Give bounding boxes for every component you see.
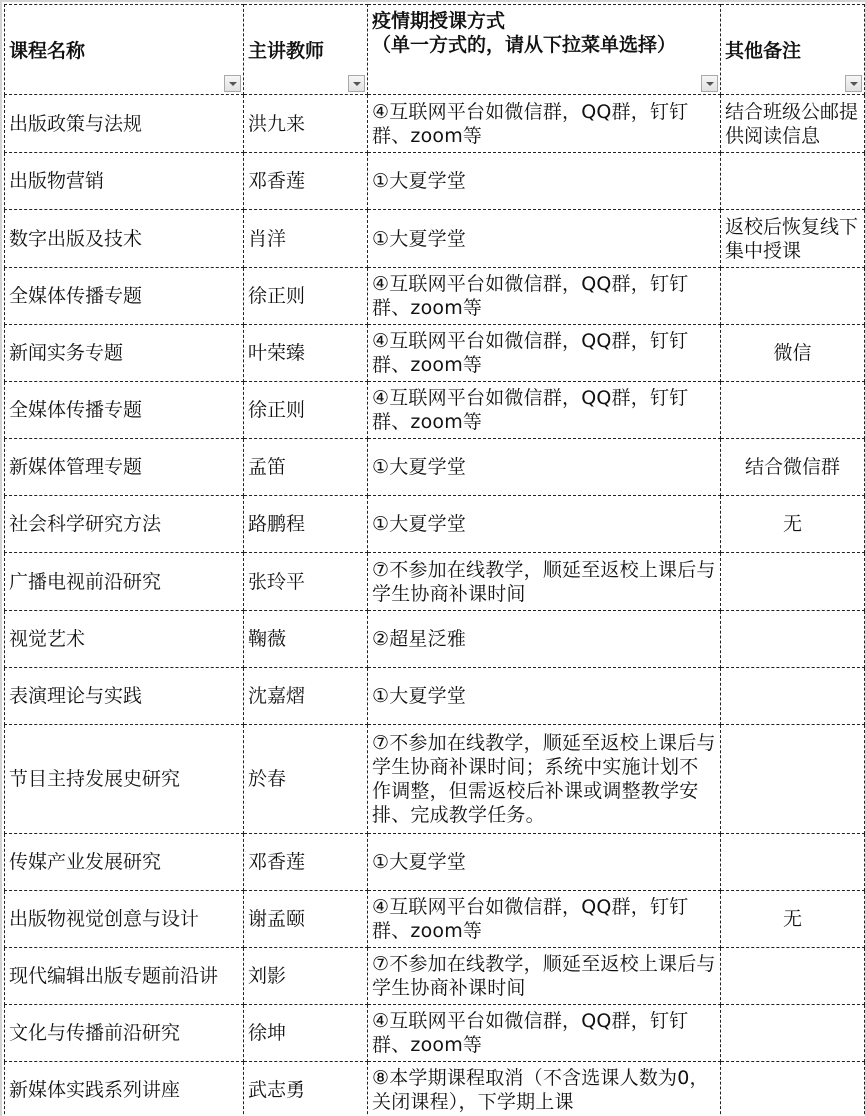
cell-teaching-method[interactable]: ④互联网平台如微信群，QQ群，钉钉群、zoom等: [368, 1005, 721, 1062]
cell-course-name[interactable]: 视觉艺术: [5, 611, 244, 668]
cell-other-notes[interactable]: [721, 1062, 865, 1116]
cell-other-notes[interactable]: 微信: [721, 325, 865, 382]
cell-course-name[interactable]: 社会科学研究方法: [5, 496, 244, 553]
cell-teacher[interactable]: 徐正则: [244, 382, 368, 439]
cell-teaching-method[interactable]: ④互联网平台如微信群，QQ群，钉钉群、zoom等: [368, 382, 721, 439]
cell-other-notes[interactable]: [721, 948, 865, 1005]
cell-teacher[interactable]: 刘影: [244, 948, 368, 1005]
filter-dropdown-icon[interactable]: [224, 75, 241, 92]
header-label: 主讲教师: [248, 39, 363, 63]
table-row: 现代编辑出版专题前沿讲 刘影 ⑦不参加在线教学，顺延至返校上课后与学生协商补课时…: [5, 948, 865, 1005]
cell-other-notes[interactable]: 无: [721, 891, 865, 948]
header-other-notes[interactable]: 其他备注: [721, 5, 865, 95]
table-row: 全媒体传播专题 徐正则 ④互联网平台如微信群，QQ群，钉钉群、zoom等: [5, 382, 865, 439]
cell-teacher[interactable]: 叶荣臻: [244, 325, 368, 382]
table-row: 传媒产业发展研究 邓香莲 ①大夏学堂: [5, 834, 865, 891]
cell-teaching-method[interactable]: ①大夏学堂: [368, 496, 721, 553]
cell-course-name[interactable]: 传媒产业发展研究: [5, 834, 244, 891]
cell-teacher[interactable]: 鞠薇: [244, 611, 368, 668]
cell-course-name[interactable]: 新媒体管理专题: [5, 439, 244, 496]
cell-teacher[interactable]: 张玲平: [244, 553, 368, 611]
cell-teaching-method[interactable]: ④互联网平台如微信群，QQ群，钉钉群、zoom等: [368, 95, 721, 153]
cell-teacher[interactable]: 邓香莲: [244, 834, 368, 891]
table-row: 文化与传播前沿研究 徐坤 ④互联网平台如微信群，QQ群，钉钉群、zoom等: [5, 1005, 865, 1062]
header-row: 课程名称 主讲教师 疫情期授课方式 （单一方式的，请从下拉菜单选择） 其他备注: [5, 5, 865, 95]
cell-other-notes[interactable]: [721, 725, 865, 834]
table-row: 出版物营销 邓香莲 ①大夏学堂: [5, 153, 865, 210]
cell-course-name[interactable]: 全媒体传播专题: [5, 268, 244, 325]
table-row: 视觉艺术 鞠薇 ②超星泛雅: [5, 611, 865, 668]
cell-other-notes[interactable]: [721, 268, 865, 325]
cell-teaching-method[interactable]: ④互联网平台如微信群，QQ群，钉钉群、zoom等: [368, 268, 721, 325]
cell-teacher[interactable]: 肖洋: [244, 210, 368, 268]
cell-course-name[interactable]: 新媒体实践系列讲座: [5, 1062, 244, 1116]
table-row: 广播电视前沿研究 张玲平 ⑦不参加在线教学，顺延至返校上课后与学生协商补课时间: [5, 553, 865, 611]
cell-other-notes[interactable]: [721, 1005, 865, 1062]
cell-teacher[interactable]: 邓香莲: [244, 153, 368, 210]
table-row: 数字出版及技术 肖洋 ①大夏学堂 返校后恢复线下集中授课: [5, 210, 865, 268]
cell-other-notes[interactable]: [721, 382, 865, 439]
cell-other-notes[interactable]: [721, 553, 865, 611]
cell-course-name[interactable]: 新闻实务专题: [5, 325, 244, 382]
cell-other-notes[interactable]: [721, 668, 865, 725]
cell-other-notes[interactable]: [721, 611, 865, 668]
cell-teaching-method[interactable]: ⑦不参加在线教学，顺延至返校上课后与学生协商补课时间: [368, 948, 721, 1005]
cell-teacher[interactable]: 沈嘉熠: [244, 668, 368, 725]
filter-dropdown-icon[interactable]: [845, 75, 862, 92]
filter-dropdown-icon[interactable]: [701, 75, 718, 92]
cell-teaching-method[interactable]: ①大夏学堂: [368, 210, 721, 268]
cell-teaching-method[interactable]: ④互联网平台如微信群，QQ群，钉钉群、zoom等: [368, 325, 721, 382]
course-table: 课程名称 主讲教师 疫情期授课方式 （单一方式的，请从下拉菜单选择） 其他备注 …: [4, 4, 865, 1116]
table-row: 新媒体管理专题 孟笛 ①大夏学堂 结合微信群: [5, 439, 865, 496]
table-row: 表演理论与实践 沈嘉熠 ①大夏学堂: [5, 668, 865, 725]
cell-teacher[interactable]: 徐正则: [244, 268, 368, 325]
table-row: 新媒体实践系列讲座 武志勇 ⑧本学期课程取消（不含选课人数为0，关闭课程），下学…: [5, 1062, 865, 1116]
cell-course-name[interactable]: 出版物视觉创意与设计: [5, 891, 244, 948]
cell-course-name[interactable]: 数字出版及技术: [5, 210, 244, 268]
cell-course-name[interactable]: 出版政策与法规: [5, 95, 244, 153]
header-label: 课程名称: [9, 39, 239, 63]
cell-course-name[interactable]: 全媒体传播专题: [5, 382, 244, 439]
cell-other-notes[interactable]: [721, 153, 865, 210]
table-body: 出版政策与法规 洪九来 ④互联网平台如微信群，QQ群，钉钉群、zoom等 结合班…: [5, 95, 865, 1116]
cell-teacher[interactable]: 徐坤: [244, 1005, 368, 1062]
header-course-name[interactable]: 课程名称: [5, 5, 244, 95]
cell-course-name[interactable]: 表演理论与实践: [5, 668, 244, 725]
cell-course-name[interactable]: 广播电视前沿研究: [5, 553, 244, 611]
cell-teaching-method[interactable]: ①大夏学堂: [368, 834, 721, 891]
table-row: 社会科学研究方法 路鹏程 ①大夏学堂 无: [5, 496, 865, 553]
cell-other-notes[interactable]: 结合班级公邮提供阅读信息: [721, 95, 865, 153]
cell-teaching-method[interactable]: ①大夏学堂: [368, 153, 721, 210]
cell-other-notes[interactable]: [721, 834, 865, 891]
header-label: 其他备注: [725, 39, 860, 63]
table-row: 出版政策与法规 洪九来 ④互联网平台如微信群，QQ群，钉钉群、zoom等 结合班…: [5, 95, 865, 153]
cell-other-notes[interactable]: 结合微信群: [721, 439, 865, 496]
cell-course-name[interactable]: 出版物营销: [5, 153, 244, 210]
spreadsheet: 课程名称 主讲教师 疫情期授课方式 （单一方式的，请从下拉菜单选择） 其他备注 …: [0, 0, 865, 1116]
cell-teaching-method[interactable]: ⑦不参加在线教学，顺延至返校上课后与学生协商补课时间；系统中实施计划不作调整，但…: [368, 725, 721, 834]
table-row: 新闻实务专题 叶荣臻 ④互联网平台如微信群，QQ群，钉钉群、zoom等 微信: [5, 325, 865, 382]
header-teaching-method[interactable]: 疫情期授课方式 （单一方式的，请从下拉菜单选择）: [368, 5, 721, 95]
cell-teaching-method[interactable]: ④互联网平台如微信群，QQ群，钉钉群、zoom等: [368, 891, 721, 948]
header-label: 疫情期授课方式 （单一方式的，请从下拉菜单选择）: [372, 9, 716, 57]
table-row: 全媒体传播专题 徐正则 ④互联网平台如微信群，QQ群，钉钉群、zoom等: [5, 268, 865, 325]
cell-teacher[interactable]: 孟笛: [244, 439, 368, 496]
filter-dropdown-icon[interactable]: [348, 75, 365, 92]
cell-teaching-method[interactable]: ①大夏学堂: [368, 439, 721, 496]
cell-teaching-method[interactable]: ②超星泛雅: [368, 611, 721, 668]
cell-course-name[interactable]: 文化与传播前沿研究: [5, 1005, 244, 1062]
cell-teacher[interactable]: 谢孟颐: [244, 891, 368, 948]
cell-teaching-method[interactable]: ①大夏学堂: [368, 668, 721, 725]
header-teacher[interactable]: 主讲教师: [244, 5, 368, 95]
cell-other-notes[interactable]: 返校后恢复线下集中授课: [721, 210, 865, 268]
cell-teacher[interactable]: 武志勇: [244, 1062, 368, 1116]
cell-course-name[interactable]: 节目主持发展史研究: [5, 725, 244, 834]
cell-teaching-method[interactable]: ⑧本学期课程取消（不含选课人数为0，关闭课程），下学期上课: [368, 1062, 721, 1116]
table-row: 节目主持发展史研究 於春 ⑦不参加在线教学，顺延至返校上课后与学生协商补课时间；…: [5, 725, 865, 834]
cell-other-notes[interactable]: 无: [721, 496, 865, 553]
cell-teacher[interactable]: 洪九来: [244, 95, 368, 153]
cell-teaching-method[interactable]: ⑦不参加在线教学，顺延至返校上课后与学生协商补课时间: [368, 553, 721, 611]
cell-teacher[interactable]: 路鹏程: [244, 496, 368, 553]
cell-course-name[interactable]: 现代编辑出版专题前沿讲: [5, 948, 244, 1005]
table-row: 出版物视觉创意与设计 谢孟颐 ④互联网平台如微信群，QQ群，钉钉群、zoom等 …: [5, 891, 865, 948]
cell-teacher[interactable]: 於春: [244, 725, 368, 834]
